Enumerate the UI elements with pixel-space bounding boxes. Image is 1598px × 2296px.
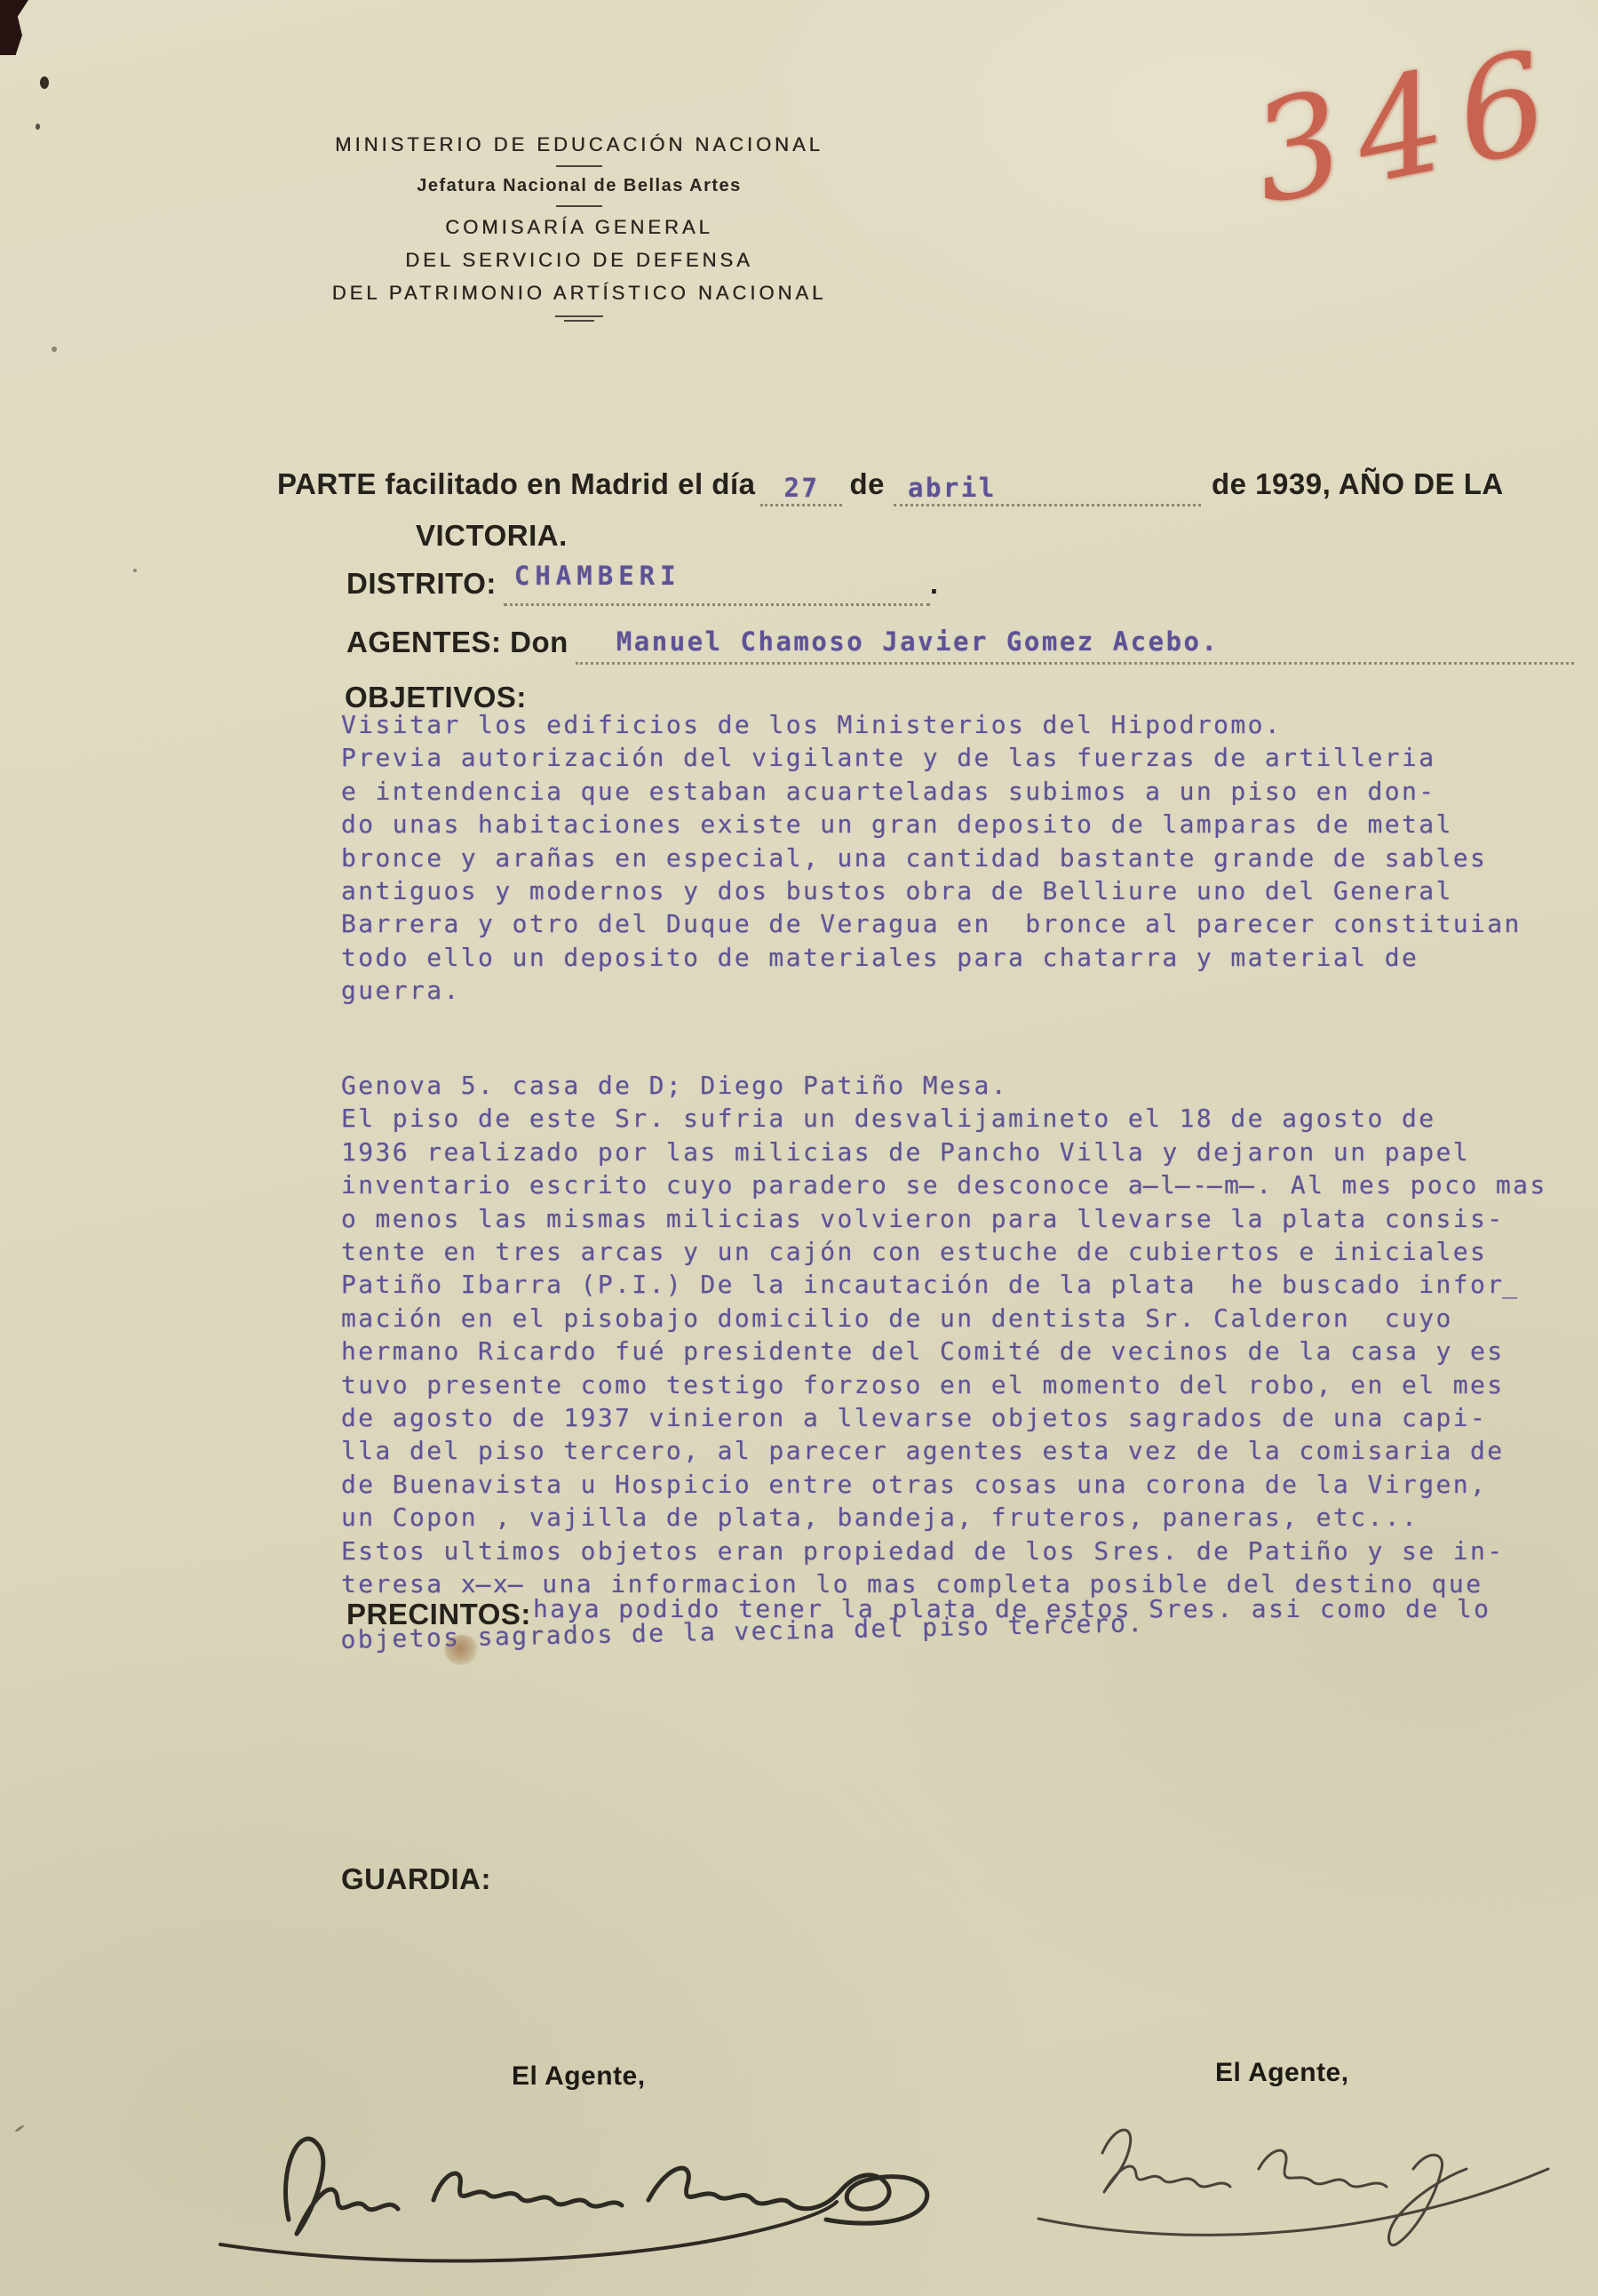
agentes-row: AGENTES: Don Manuel Chamoso Javier Gomez… [346, 626, 1574, 662]
distrito-value: CHAMBERI [514, 561, 681, 591]
parte-prefix: PARTE facilitado en Madrid el día [277, 467, 755, 501]
typed-line: 1936 realizado por las milicias de Panch… [341, 1136, 1547, 1168]
guardia-label: GUARDIA: [341, 1862, 491, 1896]
distrito-field: CHAMBERI [504, 570, 930, 606]
distrito-period: . [930, 567, 939, 601]
ministry-title: MINISTERIO DE EDUCACIÓN NACIONAL [295, 133, 863, 156]
typed-line: un Copon , vajilla de plata, bandeja, fr… [341, 1501, 1547, 1534]
day-field: 27 [760, 470, 842, 506]
typed-line: o menos las mismas milicias volvieron pa… [341, 1202, 1547, 1235]
agentes-label: AGENTES: Don [346, 626, 568, 659]
agentes-value: Manuel Chamoso Javier Gomez Acebo. [616, 626, 1220, 657]
double-divider [555, 315, 603, 322]
informe-paragraph: Genova 5. casa de D; Diego Patiño Mesa.E… [341, 1069, 1547, 1601]
typed-line: de Buenavista u Hospicio entre otras cos… [341, 1468, 1547, 1501]
parte-de: de [849, 467, 885, 501]
typed-line: e intendencia que estaban acuarteladas s… [341, 775, 1522, 808]
comisaria-line2: DEL SERVICIO DE DEFENSA [295, 249, 863, 272]
document-page: 346 MINISTERIO DE EDUCACIÓN NACIONAL Jef… [0, 0, 1598, 2296]
typed-line: Barrera y otro del Duque de Veragua en b… [341, 907, 1522, 940]
typed-line: do unas habitaciones existe un gran depo… [341, 808, 1522, 841]
typed-line: Patiño Ibarra (P.I.) De la incautación d… [341, 1268, 1547, 1301]
typed-line: Previa autorización del vigilante y de l… [341, 741, 1522, 774]
typed-line: tente en tres arcas y un cajón con estuc… [341, 1235, 1547, 1268]
typed-line: inventario escrito cuyo paradero se desc… [341, 1168, 1547, 1201]
typed-line: antiguos y modernos y dos bustos obra de… [341, 874, 1522, 907]
typed-line: El piso de este Sr. sufria un desvalijam… [341, 1102, 1547, 1135]
typed-line: mación en el pisobajo domicilio de un de… [341, 1302, 1547, 1335]
divider [556, 205, 602, 207]
typed-line: de agosto de 1937 vinieron a llevarse ob… [341, 1401, 1547, 1434]
ink-speck [40, 76, 49, 89]
parte-line: PARTE facilitado en Madrid el día 27 de … [277, 467, 1504, 504]
distrito-label: DISTRITO: [346, 567, 497, 601]
folio-number-stamp: 346 [1240, 18, 1576, 235]
ink-speck [133, 569, 137, 572]
typed-line: Genova 5. casa de D; Diego Patiño Mesa. [341, 1069, 1547, 1102]
ink-speck [52, 347, 57, 352]
ink-speck [14, 2125, 25, 2133]
typed-line: guerra. [341, 974, 1522, 1007]
typed-line: Estos ultimos objetos eran propiedad de … [341, 1535, 1547, 1567]
ink-speck [36, 124, 40, 130]
typed-line: Visitar los edificios de los Ministerios… [341, 708, 1522, 741]
typed-line: bronce y arañas en especial, una cantida… [341, 841, 1522, 874]
typed-line: lla del piso tercero, al parecer agentes… [341, 1434, 1547, 1467]
typed-line: tuvo presente como testigo forzoso en el… [341, 1368, 1547, 1401]
comisaria-line1: COMISARÍA GENERAL [295, 216, 863, 239]
signature-left-manuel-chamoso [204, 2086, 977, 2268]
signature-right-javier-gomez [1017, 2084, 1577, 2257]
scan-corner-mark [0, 0, 28, 55]
divider [556, 165, 602, 167]
typed-line: hermano Ricardo fué presidente del Comit… [341, 1335, 1547, 1367]
comisaria-line3: DEL PATRIMONIO ARTÍSTICO NACIONAL [295, 282, 863, 305]
day-value: 27 [784, 473, 820, 503]
letterhead: MINISTERIO DE EDUCACIÓN NACIONAL Jefatur… [295, 133, 863, 322]
typed-line: todo ello un deposito de materiales para… [341, 941, 1522, 974]
objetivos-paragraph: Visitar los edificios de los Ministerios… [341, 708, 1522, 1008]
distrito-row: DISTRITO: CHAMBERI . [346, 567, 939, 603]
month-field: abril [894, 470, 1201, 506]
month-value: abril [908, 473, 997, 503]
parte-suffix: de 1939, AÑO DE LA [1212, 467, 1504, 501]
jefatura-subtitle: Jefatura Nacional de Bellas Artes [295, 176, 863, 196]
agentes-field: Manuel Chamoso Javier Gomez Acebo. [576, 628, 1574, 665]
victoria-line: VICTORIA. [416, 519, 568, 553]
